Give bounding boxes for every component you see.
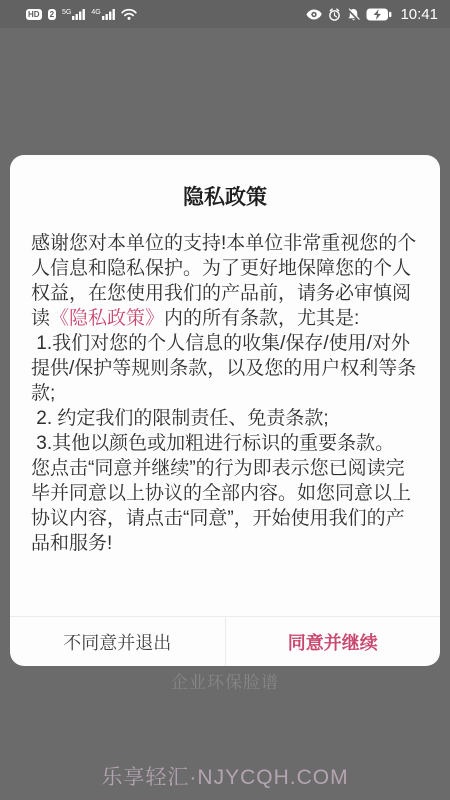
dialog-body: 感谢您对本单位的支持!本单位非常重视您的个人信息和隐私保护。为了更好地保障您的个… — [10, 231, 440, 556]
disagree-exit-button[interactable]: 不同意并退出 — [10, 617, 225, 666]
clause-item-1: 1.我们对您的个人信息的收集/保存/使用/对外提供/保护等规则条款，以及您的用户… — [31, 331, 419, 406]
status-bar: HD 2 5G 4G 10:41 — [0, 0, 450, 28]
sim2-badge: 2 — [48, 9, 56, 20]
network-type-label-5g: 5G — [62, 9, 71, 17]
battery-charging-icon — [366, 8, 392, 21]
signal-4g: 4G — [91, 9, 114, 20]
closing-paragraph: 您点击“同意并继续”的行为即表示您已阅读完毕并同意以上协议的全部内容。如您同意以… — [31, 456, 419, 556]
clause-item-2: 2. 约定我们的限制责任、免责条款; — [31, 406, 419, 431]
background-page-title: 企业环保脸谱 — [0, 668, 450, 693]
clause-item-3: 3.其他以颜色或加粗进行标识的重要条款。 — [31, 431, 419, 456]
hd-volte-badge: HD — [26, 9, 42, 20]
intro-paragraph: 感谢您对本单位的支持!本单位非常重视您的个人信息和隐私保护。为了更好地保障您的个… — [31, 231, 419, 331]
watermark-text: 乐享轻汇·NJYCQH.COM — [0, 761, 450, 791]
network-type-label-4g: 4G — [91, 9, 100, 17]
bell-muted-icon — [347, 8, 360, 21]
dialog-footer: 不同意并退出 同意并继续 — [10, 616, 440, 666]
signal-bars-icon — [102, 9, 115, 20]
signal-bars-icon — [72, 9, 85, 20]
signal-5g: 5G — [62, 9, 85, 20]
wifi-icon — [121, 8, 137, 20]
eye-comfort-icon — [306, 9, 322, 20]
status-bar-left: HD 2 5G 4G — [26, 8, 137, 20]
status-bar-right: 10:41 — [306, 6, 438, 23]
alarm-clock-icon — [328, 8, 341, 21]
clock-time: 10:41 — [400, 6, 438, 23]
privacy-policy-dialog: 隐私政策 感谢您对本单位的支持!本单位非常重视您的个人信息和隐私保护。为了更好地… — [10, 155, 440, 666]
dialog-title: 隐私政策 — [10, 187, 440, 209]
agree-continue-button[interactable]: 同意并继续 — [225, 617, 441, 666]
privacy-policy-link[interactable]: 《隐私政策》 — [50, 308, 164, 329]
intro-text-post: 内的所有条款，尤其是: — [164, 308, 359, 329]
